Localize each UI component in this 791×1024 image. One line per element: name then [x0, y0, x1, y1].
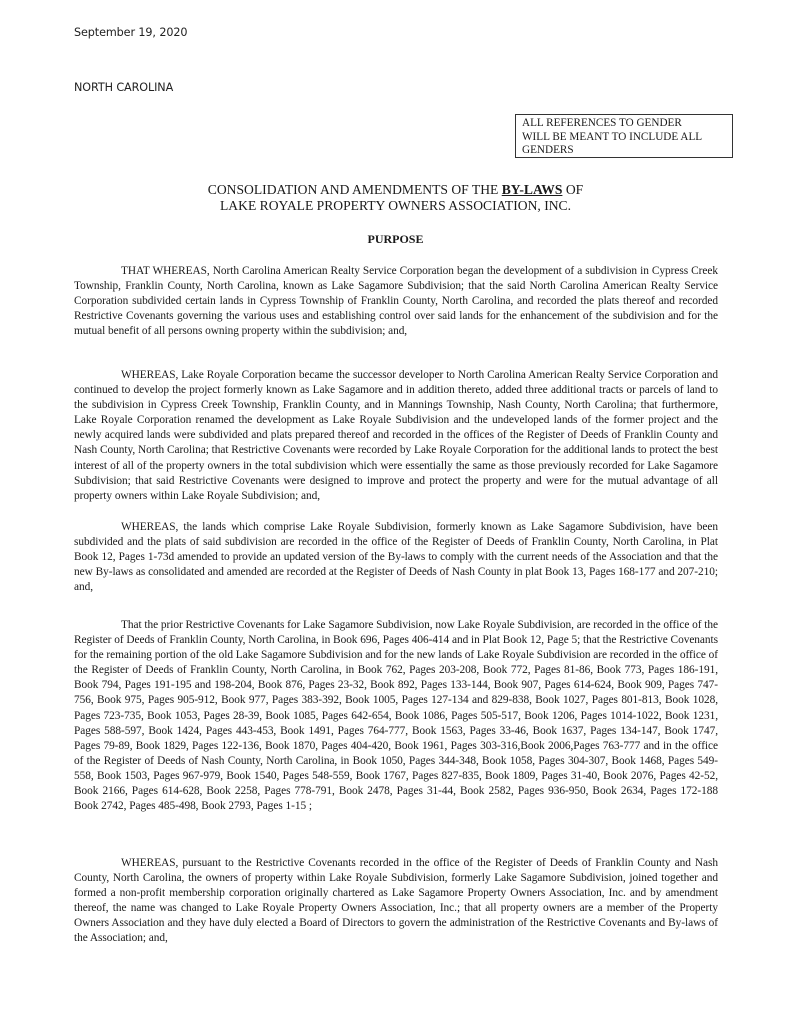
gender-notice-line: ALL REFERENCES TO GENDER	[522, 117, 732, 131]
title-line-1: CONSOLIDATION AND AMENDMENTS OF THE BY-L…	[0, 182, 791, 198]
document-date: September 19, 2020	[74, 26, 187, 39]
title-prefix: CONSOLIDATION AND AMENDMENTS OF THE	[208, 182, 502, 197]
title-bylaws-emphasis: BY-LAWS	[502, 182, 563, 197]
paragraph-prior-covenants: That the prior Restrictive Covenants for…	[74, 618, 718, 814]
gender-notice-line: WILL BE MEANT TO INCLUDE ALL	[522, 131, 732, 145]
paragraph-whereas-successor: WHEREAS, Lake Royale Corporation became …	[74, 368, 718, 504]
paragraph-whereas-lands: WHEREAS, the lands which comprise Lake R…	[74, 520, 718, 595]
gender-notice-box: ALL REFERENCES TO GENDER WILL BE MEANT T…	[515, 114, 733, 158]
paragraph-whereas-association: WHEREAS, pursuant to the Restrictive Cov…	[74, 856, 718, 947]
title-suffix: OF	[562, 182, 583, 197]
section-heading-purpose: PURPOSE	[0, 232, 791, 247]
title-line-2: LAKE ROYALE PROPERTY OWNERS ASSOCIATION,…	[0, 198, 791, 214]
document-title: CONSOLIDATION AND AMENDMENTS OF THE BY-L…	[0, 182, 791, 214]
gender-notice-line: GENDERS	[522, 144, 732, 158]
document-state: NORTH CAROLINA	[74, 81, 173, 94]
paragraph-that-whereas: THAT WHEREAS, North Carolina American Re…	[74, 264, 718, 339]
document-page: September 19, 2020 NORTH CAROLINA ALL RE…	[0, 0, 791, 1024]
